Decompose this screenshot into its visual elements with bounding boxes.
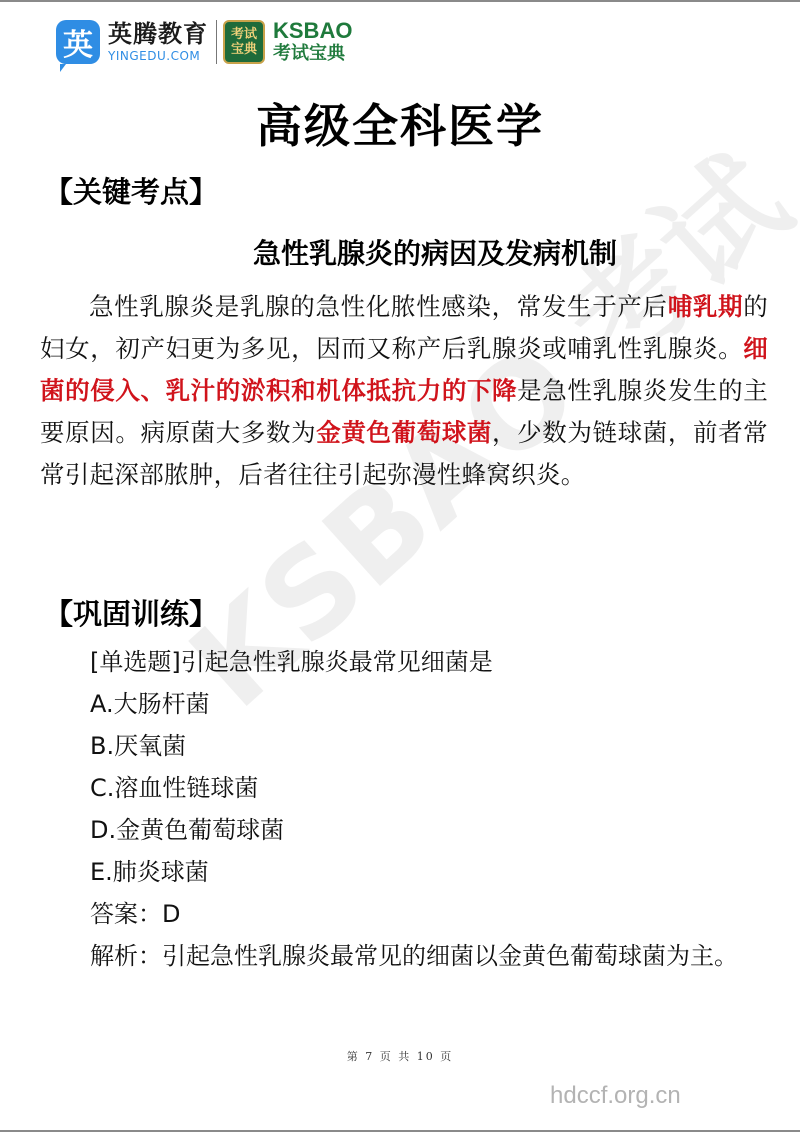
ksbao-name-en: KSBAO: [273, 19, 352, 43]
para-segment: 急性乳腺炎是乳腺的急性化脓性感染，常发生于产后: [89, 292, 668, 321]
ksbao-name-cn: 考试宝典: [273, 43, 352, 65]
topic-subtitle: 急性乳腺炎的病因及发病机制: [0, 232, 800, 272]
analysis-text: 解析：引起急性乳腺炎最常见的细菌以金黄色葡萄球菌为主。: [40, 935, 768, 977]
practice-heading: 【巩固训练】: [44, 592, 218, 633]
logo-divider: [216, 20, 217, 64]
option-b: B.厌氧菌: [90, 725, 493, 767]
ksbao-logo-icon: 考试宝典: [223, 20, 265, 64]
para-highlight: 金黄色葡萄球菌: [316, 418, 492, 447]
yingedu-url: YINGEDU.COM: [108, 48, 208, 64]
yingedu-name: 英腾教育: [108, 20, 208, 48]
option-c: C.溶血性链球菌: [90, 767, 493, 809]
quiz-block: [单选题]引起急性乳腺炎最常见细菌是 A.大肠杆菌 B.厌氧菌 C.溶血性链球菌…: [90, 641, 493, 935]
question-text: [单选题]引起急性乳腺炎最常见细菌是: [90, 641, 493, 683]
key-points-paragraph: 急性乳腺炎是乳腺的急性化脓性感染，常发生于产后哺乳期的妇女，初产妇更为多见，因而…: [40, 286, 768, 496]
yingedu-logo-icon: 英: [56, 20, 100, 64]
option-d: D.金黄色葡萄球菌: [90, 809, 493, 851]
top-border: [0, 0, 800, 2]
ksbao-logo-text: KSBAO 考试宝典: [273, 19, 352, 65]
site-watermark: hdccf.org.cn: [550, 1082, 681, 1110]
yingedu-logo-text: 英腾教育 YINGEDU.COM: [108, 20, 208, 64]
document-title: 高级全科医学: [0, 90, 800, 156]
para-highlight: 哺乳期: [668, 292, 743, 321]
page-number: 第 7 页 共 10 页: [0, 1048, 800, 1064]
key-points-heading: 【关键考点】: [44, 170, 218, 211]
option-e: E.肺炎球菌: [90, 851, 493, 893]
answer-text: 答案：D: [90, 893, 493, 935]
option-a: A.大肠杆菌: [90, 683, 493, 725]
header-logos: 英 英腾教育 YINGEDU.COM 考试宝典 KSBAO 考试宝典: [56, 16, 352, 68]
